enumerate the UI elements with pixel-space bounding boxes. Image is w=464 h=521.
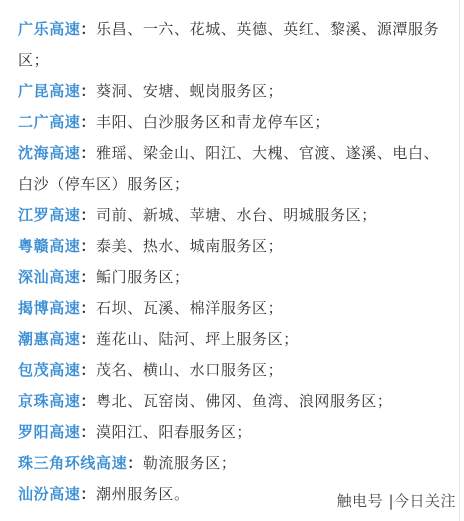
- list-item: 广乐高速：乐昌、一六、花城、英德、英红、黎溪、源潭服务区；: [18, 14, 444, 76]
- service-areas: 鲘门服务区；: [96, 268, 190, 286]
- service-area-list: 广乐高速：乐昌、一六、花城、英德、英红、黎溪、源潭服务区； 广昆高速：葵洞、安塘…: [18, 14, 444, 510]
- list-item: 潮惠高速：莲花山、陆河、坪上服务区；: [18, 324, 444, 355]
- list-item: 沈海高速：雅瑶、梁金山、阳江、大槐、官渡、遂溪、电白、白沙（停车区）服务区；: [18, 138, 444, 200]
- highway-name: 珠三角环线高速: [18, 454, 127, 472]
- highway-name: 粤赣高速: [18, 237, 80, 255]
- list-item: 深汕高速：鲘门服务区；: [18, 262, 444, 293]
- service-areas: 司前、新城、苹塘、水台、明城服务区；: [96, 206, 377, 224]
- highway-name: 潮惠高速: [18, 330, 80, 348]
- service-areas: 泰美、热水、城南服务区；: [96, 237, 283, 255]
- page-edge-divider: [459, 0, 460, 521]
- service-areas: 勒流服务区；: [143, 454, 237, 472]
- service-areas: 莲花山、陆河、坪上服务区；: [96, 330, 299, 348]
- highway-name: 沈海高速: [18, 144, 80, 162]
- list-item: 二广高速：丰阳、白沙服务区和青龙停车区；: [18, 107, 444, 138]
- highway-name: 深汕高速: [18, 268, 80, 286]
- service-areas: 粤北、瓦窑岗、佛冈、鱼湾、浪网服务区；: [96, 392, 392, 410]
- highway-name: 揭博高速: [18, 299, 80, 317]
- watermark: 触电号 |今日关注: [337, 490, 456, 511]
- highway-name: 广乐高速: [18, 20, 80, 38]
- list-item: 粤赣高速：泰美、热水、城南服务区；: [18, 231, 444, 262]
- highway-name: 江罗高速: [18, 206, 80, 224]
- service-areas: 石坝、瓦溪、棉洋服务区；: [96, 299, 283, 317]
- service-areas: 丰阳、白沙服务区和青龙停车区；: [96, 113, 330, 131]
- highway-name: 罗阳高速: [18, 423, 80, 441]
- service-areas: 漠阳江、阳春服务区；: [96, 423, 252, 441]
- highway-name: 包茂高速: [18, 361, 80, 379]
- highway-name: 汕汾高速: [18, 485, 80, 503]
- service-areas: 潮州服务区。: [96, 485, 190, 503]
- highway-name: 广昆高速: [18, 82, 80, 100]
- list-item: 江罗高速：司前、新城、苹塘、水台、明城服务区；: [18, 200, 444, 231]
- list-item: 广昆高速：葵洞、安塘、蚬岗服务区；: [18, 76, 444, 107]
- service-areas: 葵洞、安塘、蚬岗服务区；: [96, 82, 283, 100]
- highway-name: 京珠高速: [18, 392, 80, 410]
- list-item: 包茂高速：茂名、横山、水口服务区；: [18, 355, 444, 386]
- list-item: 揭博高速：石坝、瓦溪、棉洋服务区；: [18, 293, 444, 324]
- list-item: 京珠高速：粤北、瓦窑岗、佛冈、鱼湾、浪网服务区；: [18, 386, 444, 417]
- list-item: 罗阳高速：漠阳江、阳春服务区；: [18, 417, 444, 448]
- service-areas: 茂名、横山、水口服务区；: [96, 361, 283, 379]
- highway-name: 二广高速: [18, 113, 80, 131]
- list-item: 珠三角环线高速：勒流服务区；: [18, 448, 444, 479]
